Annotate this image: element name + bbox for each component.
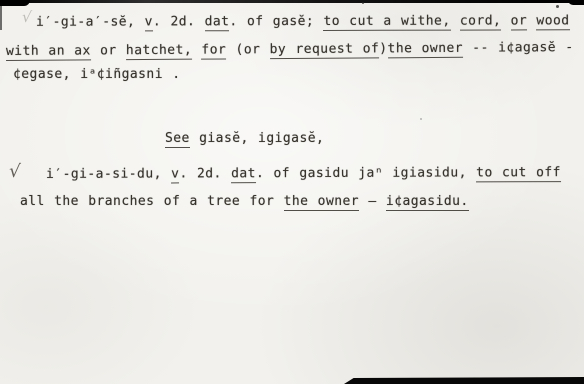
text-segment: i′-gi-a-si-du, xyxy=(46,166,171,181)
underlined-text: for xyxy=(201,42,226,59)
ink-speck xyxy=(420,118,422,120)
text-segment: . 2d. xyxy=(153,14,205,29)
underlined-text: i¢agasidu. xyxy=(386,194,469,211)
text-segment: i′-gi-a′-sĕ, xyxy=(36,14,145,29)
underlined-text: dat xyxy=(231,166,256,183)
see-cross-reference-line: See giasĕ, igigasĕ, xyxy=(165,130,324,147)
text-segment xyxy=(451,14,460,29)
text-segment: giasĕ, igigasĕ, xyxy=(190,131,324,146)
text-segment: all the branches of a tree for xyxy=(20,194,284,209)
underlined-text: cord, xyxy=(460,13,501,30)
entry2-line1: i′-gi-a-si-du, v. 2d. dat. of gasidu jaⁿ… xyxy=(46,164,561,183)
underlined-text: hatchet, xyxy=(126,43,192,60)
scan-edge-top-left-corner xyxy=(0,0,30,6)
checkmark-entry1: √ xyxy=(21,8,32,27)
scanned-document-card: √ i′-gi-a′-sĕ, v. 2d. dat. of gasĕ; to c… xyxy=(0,0,584,384)
underlined-text: with an ax xyxy=(6,43,91,60)
text-segment: . 2d. xyxy=(179,166,231,181)
underlined-text: to cut off xyxy=(476,165,561,182)
text-segment: -- i¢agasĕ - xyxy=(463,40,574,56)
underlined-text: or xyxy=(511,13,528,30)
text-segment: ¢egase, iᵃ¢iñgasni . xyxy=(13,67,181,82)
text-segment: (or xyxy=(226,42,269,57)
scan-edge-top xyxy=(0,0,584,3)
text-segment xyxy=(501,13,510,28)
underlined-text: wood xyxy=(536,13,569,30)
entry1-line3: ¢egase, iᵃ¢iñgasni . xyxy=(13,66,181,83)
scan-edge-top-right-corner xyxy=(568,0,584,5)
underlined-text: v xyxy=(145,14,153,31)
entry2-line2: all the branches of a tree for the owner… xyxy=(20,193,469,210)
scan-edge-left xyxy=(0,0,2,30)
text-segment: . of gasidu jaⁿ igiasidu, xyxy=(256,165,476,181)
underlined-text: the owner xyxy=(284,194,360,211)
underlined-text: See xyxy=(165,131,190,148)
underlined-text: the owner xyxy=(387,41,463,58)
entry1-line1: i′-gi-a′-sĕ, v. 2d. dat. of gasĕ; to cut… xyxy=(36,12,570,30)
underlined-text: by request of xyxy=(270,41,380,58)
text-segment: or xyxy=(91,43,126,58)
text-segment: — xyxy=(359,194,386,209)
checkmark-entry2: √ xyxy=(8,161,21,183)
scan-edge-bottom-right xyxy=(344,377,584,384)
ink-speck xyxy=(362,2,364,4)
text-segment: ) xyxy=(379,41,387,56)
text-segment: . of gasĕ; xyxy=(229,14,323,29)
entry1-line2: with an ax or hatchet, for (or by reques… xyxy=(6,39,574,60)
underlined-text: to cut a withe, xyxy=(323,14,450,31)
underlined-text: dat xyxy=(205,14,230,31)
ink-speck xyxy=(556,5,559,8)
